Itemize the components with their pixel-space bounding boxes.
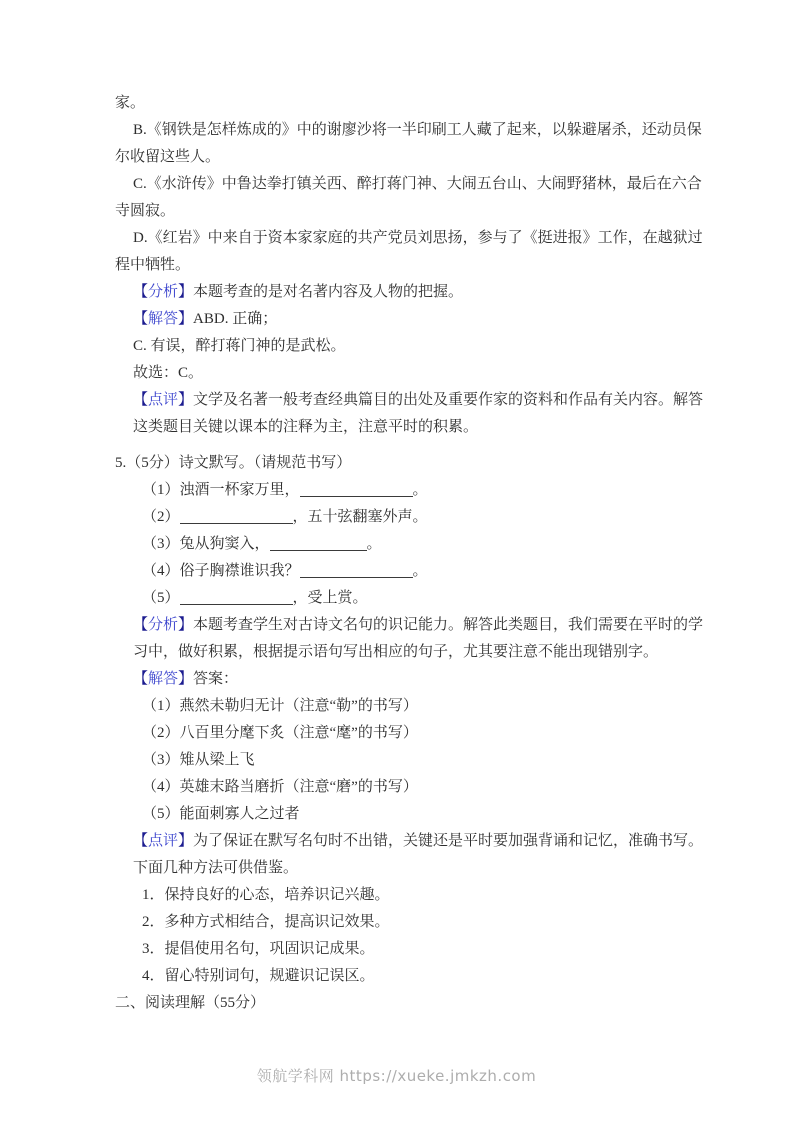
answer-blank (300, 482, 413, 497)
comment-label: 【点评】 (133, 833, 193, 849)
fill-in-item: （5），受上赏。 (115, 585, 681, 612)
answer-blank (270, 536, 367, 551)
text-run: 程中牺牲。 (115, 257, 190, 273)
text-line: 3．提倡使用名句，巩固识记成果。 (115, 936, 681, 963)
watermark-site-name: 领航学科网 (257, 1067, 335, 1085)
text-run: C.《水浒传》中鲁达拳打镇关西、醉打蒋门神、大闹五台山、大闹野猪林，最后在六合 (133, 176, 702, 192)
text-line: 习中，做好积累，根据提示语句写出相应的句子，尤其要注意不能出现错别字。 (115, 639, 681, 666)
text-run: 文学及名著一般考查经典篇目的出处及重要作家的资料和作品有关内容。解答 (193, 392, 703, 408)
text-run: 二、阅读理解（55分） (115, 995, 265, 1011)
text-run: 3．提倡使用名句，巩固识记成果。 (142, 941, 375, 957)
text-run: B.《钢铁是怎样炼成的》中的谢廖沙将一半印刷工人藏了起来，以躲避屠杀，还动员保 (133, 122, 702, 138)
text-line: 故选：C。 (115, 360, 681, 387)
watermark-url: https://xueke.jmkzh.com (340, 1067, 537, 1085)
text-line: 【点评】文学及名著一般考查经典篇目的出处及重要作家的资料和作品有关内容。解答 (115, 387, 681, 414)
text-run: 答案： (193, 671, 238, 687)
text-line: 这类题目关键以课本的注释为主，注意平时的积累。 (115, 414, 681, 441)
text-run: 这类题目关键以课本的注释为主，注意平时的积累。 (133, 419, 478, 435)
text-run: 尔收留这些人。 (115, 149, 220, 165)
answer-label: 【解答】 (133, 671, 193, 687)
fill-in-item: （2），五十弦翻塞外声。 (115, 504, 681, 531)
text-run: 为了保证在默写名句时不出错，关键还是平时要加强背诵和记忆，准确书写。 (193, 833, 703, 849)
text-line: 尔收留这些人。 (115, 144, 681, 171)
text-run: D.《红岩》中来自于资本家家庭的共产党员刘思扬，参与了《挺进报》工作，在越狱过 (133, 230, 703, 246)
text-line: （3）雉从梁上飞 (115, 747, 681, 774)
text-line: 2．多种方式相结合，提高识记效果。 (115, 909, 681, 936)
document-content: 家。B.《钢铁是怎样炼成的》中的谢廖沙将一半印刷工人藏了起来，以躲避屠杀，还动员… (115, 90, 681, 1017)
text-run: （3）雉从梁上飞 (142, 752, 255, 768)
text-run: （1）浊酒一杯家万里， (142, 482, 300, 498)
text-run: （2）八百里分麾下炙（注意“麾”的书写） (142, 725, 418, 741)
text-line: 【分析】本题考查学生对古诗文名句的识记能力。解答此类题目，我们需要在平时的学 (115, 612, 681, 639)
text-run: 寺圆寂。 (115, 203, 175, 219)
text-run: （1）燕然未勒归无计（注意“勒”的书写） (142, 698, 418, 714)
text-run: 2．多种方式相结合，提高识记效果。 (142, 914, 390, 930)
answer-blank (180, 590, 293, 605)
question-header: 5.（5分）诗文默写。（请规范书写） (115, 450, 681, 477)
text-run: （2） (142, 509, 180, 525)
comment-label: 【点评】 (133, 392, 193, 408)
text-line: D.《红岩》中来自于资本家家庭的共产党员刘思扬，参与了《挺进报》工作，在越狱过 (115, 225, 681, 252)
text-line: 寺圆寂。 (115, 198, 681, 225)
text-run: （5）能面刺寡人之过者 (142, 806, 300, 822)
text-run: ，受上赏。 (293, 590, 368, 606)
text-line: 1．保持良好的心态，培养识记兴趣。 (115, 882, 681, 909)
text-run: 下面几种方法可供借鉴。 (133, 860, 298, 876)
text-line: 【解答】ABD. 正确； (115, 306, 681, 333)
text-run: （5） (142, 590, 180, 606)
text-line: 【点评】为了保证在默写名句时不出错，关键还是平时要加强背诵和记忆，准确书写。 (115, 828, 681, 855)
analysis-label: 【分析】 (133, 617, 193, 633)
text-line: B.《钢铁是怎样炼成的》中的谢廖沙将一半印刷工人藏了起来，以躲避屠杀，还动员保 (115, 117, 681, 144)
text-run: 4．留心特别词句，规避识记误区。 (142, 968, 375, 984)
text-line: 4．留心特别词句，规避识记误区。 (115, 963, 681, 990)
text-run: 。 (367, 536, 382, 552)
answer-blank (300, 563, 413, 578)
text-line: （5）能面刺寡人之过者 (115, 801, 681, 828)
text-line: 下面几种方法可供借鉴。 (115, 855, 681, 882)
text-run: 5.（5分）诗文默写。（请规范书写） (115, 455, 351, 471)
watermark-footer: 领航学科网 https://xueke.jmkzh.com (0, 1065, 793, 1086)
fill-in-item: （4）俗子胸襟谁识我？。 (115, 558, 681, 585)
text-run: C. 有误，醉打蒋门神的是武松。 (133, 338, 346, 354)
text-run: ABD. 正确； (193, 311, 277, 327)
answer-label: 【解答】 (133, 311, 193, 327)
fill-in-item: （1）浊酒一杯家万里，。 (115, 477, 681, 504)
section-heading: 二、阅读理解（55分） (115, 990, 681, 1017)
text-line: 【解答】答案： (115, 666, 681, 693)
text-run: 。 (413, 482, 428, 498)
answer-blank (180, 509, 293, 524)
text-run: 本题考查学生对古诗文名句的识记能力。解答此类题目，我们需要在平时的学 (193, 617, 703, 633)
text-run: 1．保持良好的心态，培养识记兴趣。 (142, 887, 390, 903)
text-line: （4）英雄末路当磨折（注意“磨”的书写） (115, 774, 681, 801)
text-line: C. 有误，醉打蒋门神的是武松。 (115, 333, 681, 360)
text-run: 本题考查的是对名著内容及人物的把握。 (193, 284, 463, 300)
text-run: （3）兔从狗窦入， (142, 536, 270, 552)
text-run: 家。 (115, 95, 145, 111)
text-line: C.《水浒传》中鲁达拳打镇关西、醉打蒋门神、大闹五台山、大闹野猪林，最后在六合 (115, 171, 681, 198)
exam-document-page: 家。B.《钢铁是怎样炼成的》中的谢廖沙将一半印刷工人藏了起来，以躲避屠杀，还动员… (0, 0, 793, 1122)
text-line: 【分析】本题考查的是对名著内容及人物的把握。 (115, 279, 681, 306)
text-run: ，五十弦翻塞外声。 (293, 509, 428, 525)
text-run: （4）俗子胸襟谁识我？ (142, 563, 300, 579)
text-line: 程中牺牲。 (115, 252, 681, 279)
text-run: 故选：C。 (133, 365, 203, 381)
analysis-label: 【分析】 (133, 284, 193, 300)
text-run: 习中，做好积累，根据提示语句写出相应的句子，尤其要注意不能出现错别字。 (133, 644, 658, 660)
fill-in-item: （3）兔从狗窦入，。 (115, 531, 681, 558)
text-line: 家。 (115, 90, 681, 117)
text-line: （2）八百里分麾下炙（注意“麾”的书写） (115, 720, 681, 747)
text-line: （1）燕然未勒归无计（注意“勒”的书写） (115, 693, 681, 720)
text-run: 。 (413, 563, 428, 579)
text-run: （4）英雄末路当磨折（注意“磨”的书写） (142, 779, 418, 795)
